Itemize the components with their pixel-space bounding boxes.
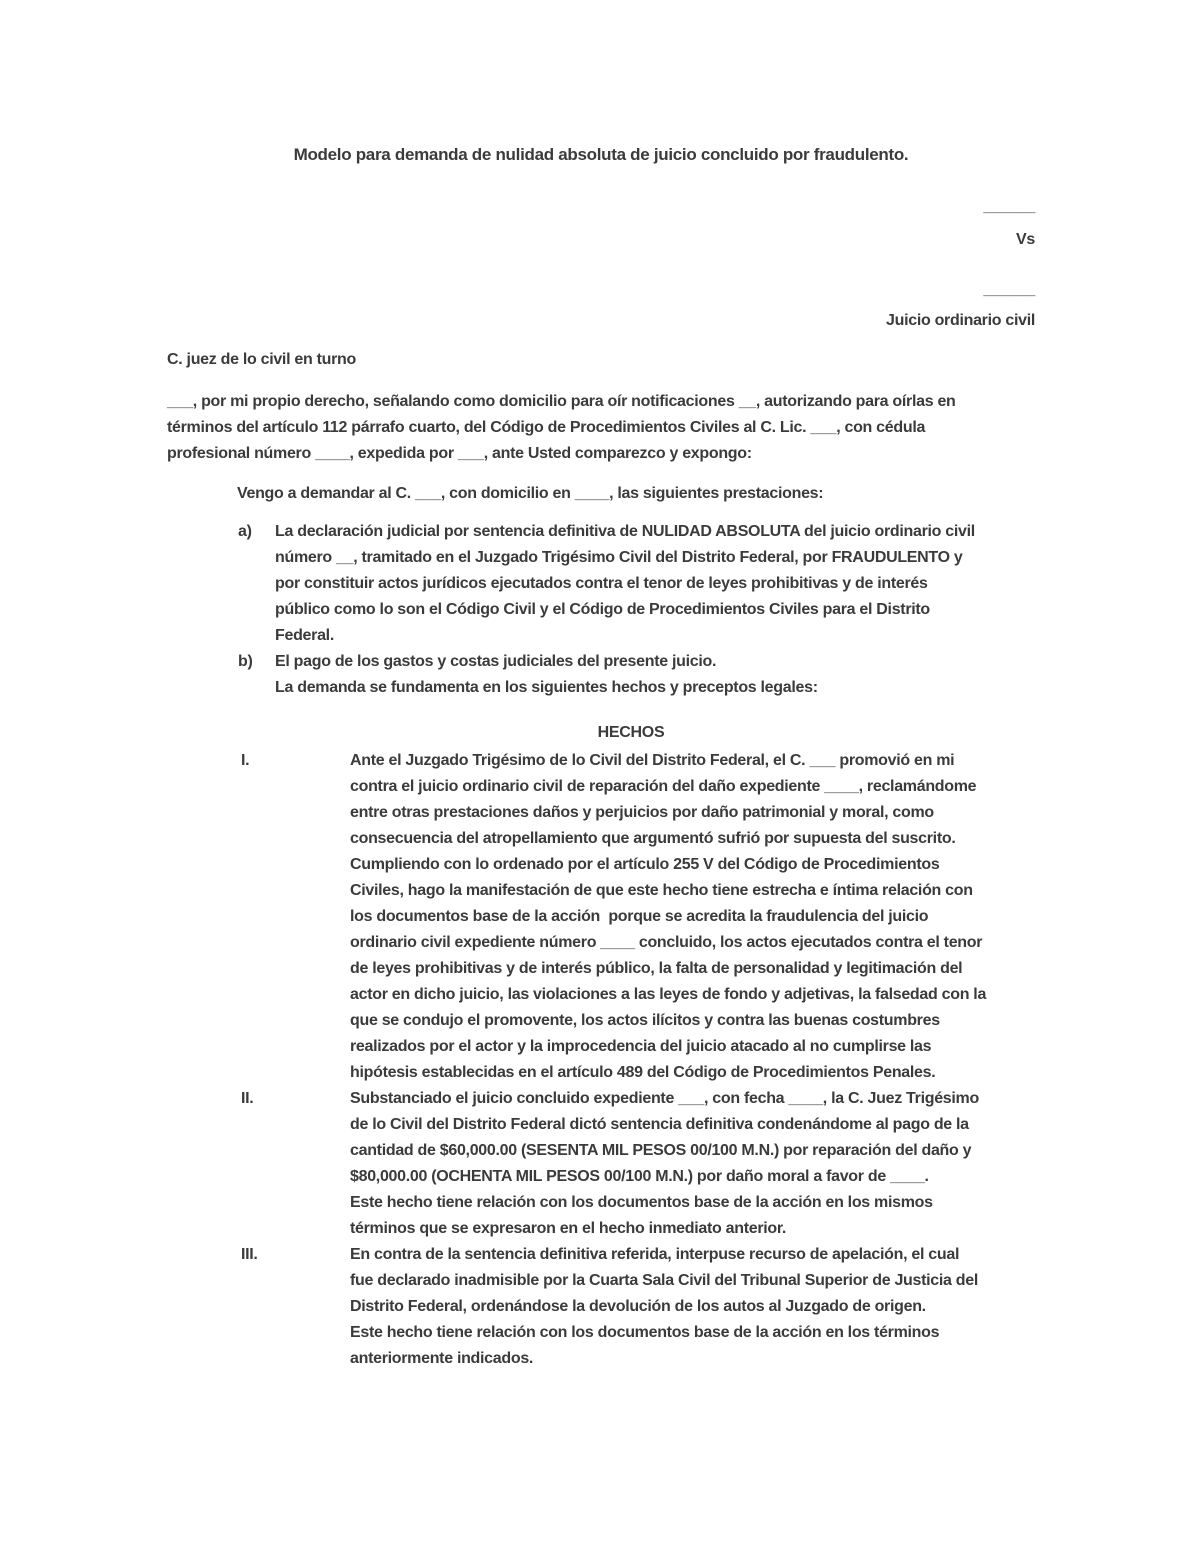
intro-paragraph: ___, por mi propio derecho, señalando co… — [167, 389, 1035, 467]
document-title: Modelo para demanda de nulidad absoluta … — [167, 141, 1035, 168]
hecho-item-2: II. Substanciado el juicio concluido exp… — [167, 1086, 1035, 1242]
defendant-blank-line: ______ — [167, 277, 1035, 303]
addressee-line: C. juez de lo civil en turno — [167, 347, 1035, 373]
hecho-item-3: III. En contra de la sentencia definitiv… — [167, 1242, 1035, 1372]
caption-header: ______ Vs ______ Juicio ordinario civil — [167, 194, 1035, 334]
document-page: Modelo para demanda de nulidad absoluta … — [0, 0, 1200, 1553]
hecho-marker-1: I. — [241, 748, 350, 1086]
prestaciones-list: a) La declaración judicial por sentencia… — [167, 519, 1035, 701]
prestacion-item-a: a) La declaración judicial por sentencia… — [167, 519, 1035, 649]
hechos-list: I. Ante el Juzgado Trigésimo de lo Civil… — [167, 748, 1035, 1372]
case-type-label: Juicio ordinario civil — [167, 308, 1035, 334]
demand-intro-paragraph: Vengo a demandar al C. ___, con domicili… — [167, 481, 1035, 507]
hecho-text-2: Substanciado el juicio concluido expedie… — [350, 1086, 1035, 1242]
prestacion-item-b: b) El pago de los gastos y costas judici… — [167, 649, 1035, 701]
prestacion-text-b: El pago de los gastos y costas judiciale… — [275, 649, 1035, 701]
plaintiff-blank-line: ______ — [167, 194, 1035, 220]
hecho-text-3: En contra de la sentencia definitiva ref… — [350, 1242, 1035, 1372]
hecho-marker-2: II. — [241, 1086, 350, 1242]
vs-label: Vs — [167, 227, 1035, 253]
hecho-text-1: Ante el Juzgado Trigésimo de lo Civil de… — [350, 748, 1035, 1086]
prestacion-marker-b: b) — [238, 649, 275, 701]
hechos-heading: HECHOS — [227, 720, 1035, 746]
prestacion-marker-a: a) — [238, 519, 275, 649]
hecho-marker-3: III. — [241, 1242, 350, 1372]
hecho-item-1: I. Ante el Juzgado Trigésimo de lo Civil… — [167, 748, 1035, 1086]
document-content: Modelo para demanda de nulidad absoluta … — [167, 0, 1035, 1372]
prestacion-text-a: La declaración judicial por sentencia de… — [275, 519, 1035, 649]
